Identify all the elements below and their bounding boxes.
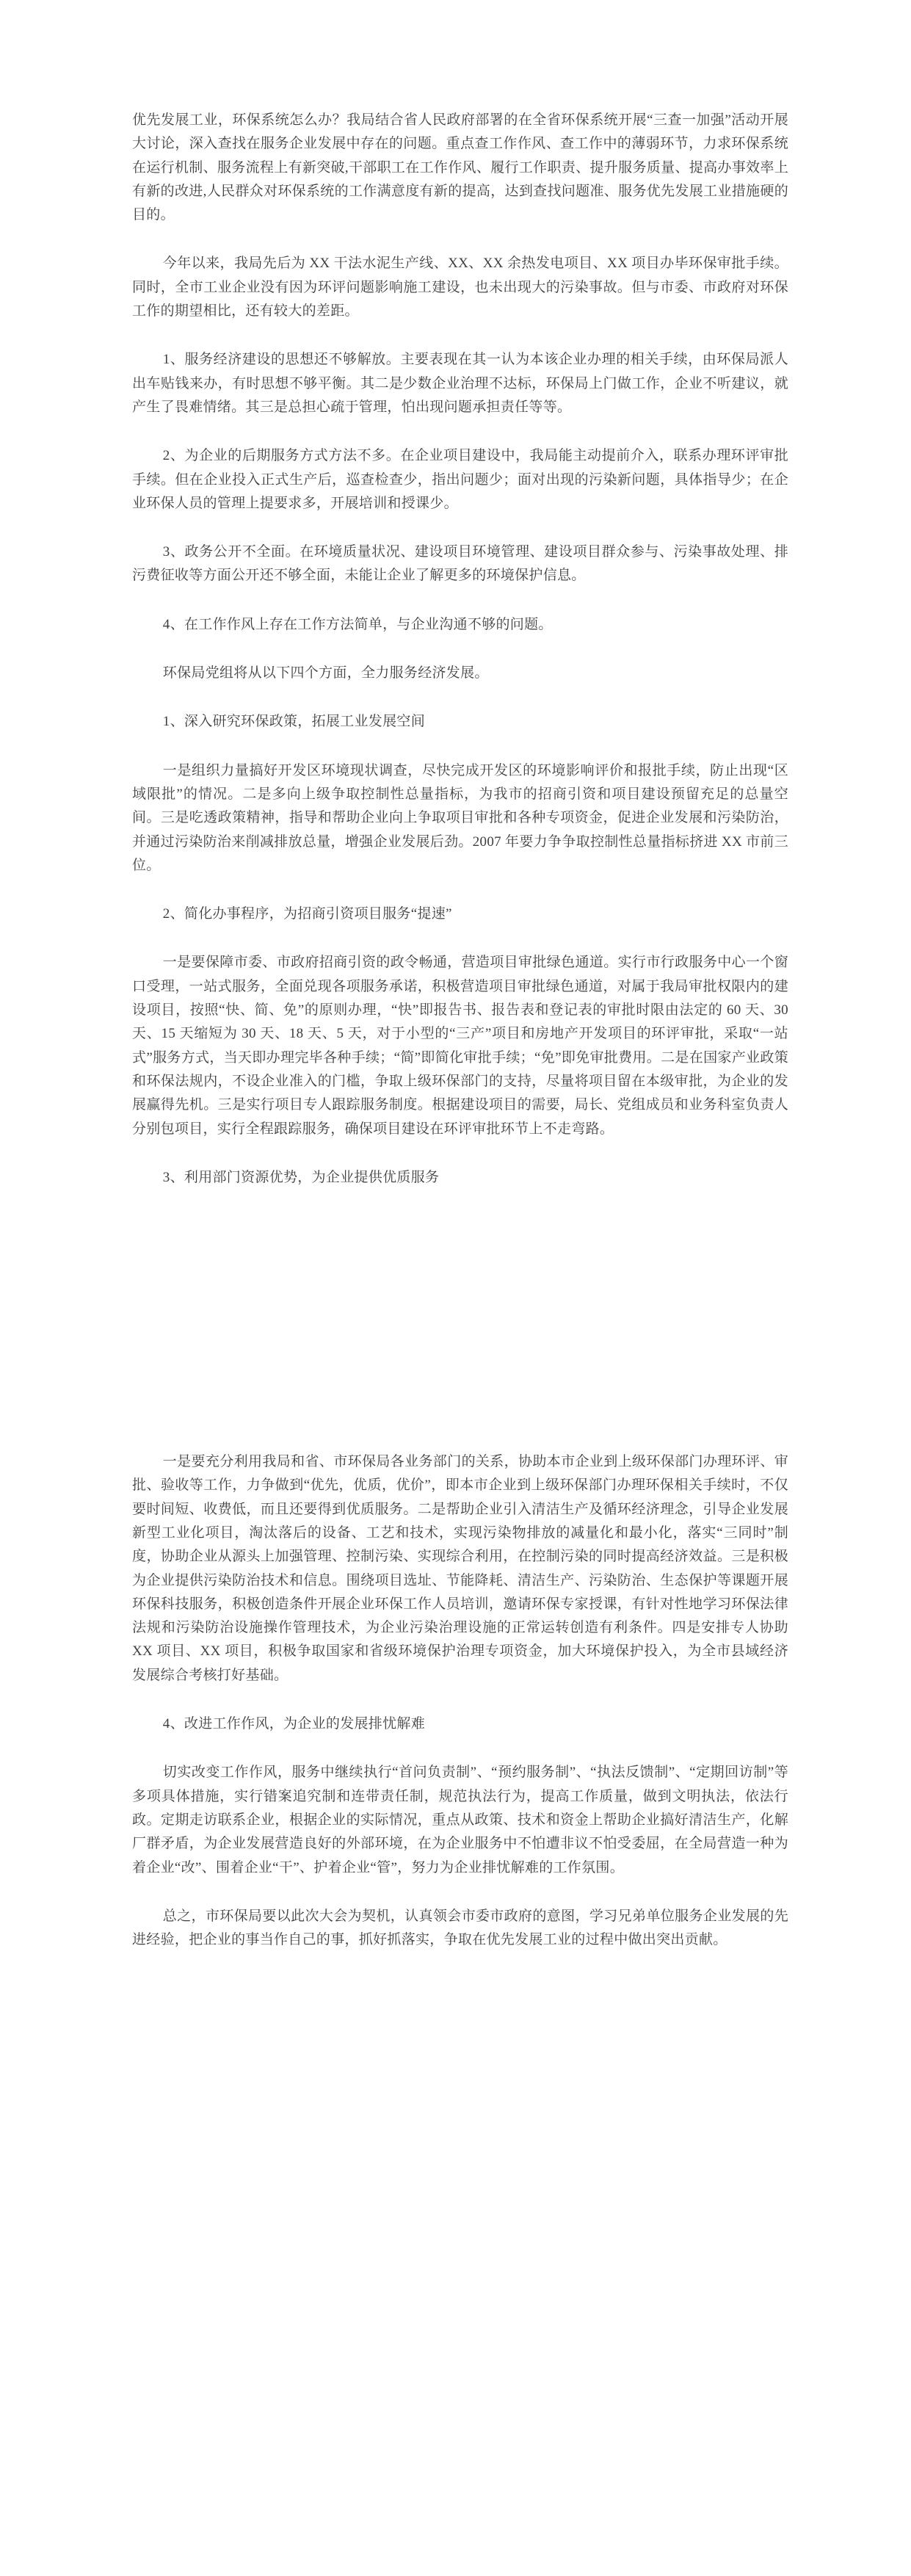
problem-item-4: 4、在工作作风上存在工作方法简单，与企业沟通不够的问题。: [132, 613, 788, 637]
problem-item-1: 1、服务经济建设的思想还不够解放。主要表现在其一认为本该企业办理的相关手续，由环…: [132, 348, 788, 419]
paragraph-conclusion: 总之，市环保局要以此次大会为契机，认真领会市委市政府的意图，学习兄弟单位服务企业…: [132, 1905, 788, 1953]
document-body: 优先发展工业，环保系统怎么办？我局结合省人民政府部署的在全省环保系统开展“三查一…: [132, 0, 788, 1952]
problem-item-2: 2、为企业的后期服务方式方法不多。在企业项目建设中，我局能主动提前介入，联系办理…: [132, 444, 788, 515]
document-page: 优先发展工业，环保系统怎么办？我局结合省人民政府部署的在全省环保系统开展“三查一…: [0, 0, 911, 2576]
measure-detail-3: 一是要充分利用我局和省、市环保局各业务部门的关系，协助本市企业到上级环保部门办理…: [132, 1450, 788, 1687]
measure-detail-2: 一是要保障市委、市政府招商引资的政令畅通，营造项目审批绿色通道。实行市行政服务中…: [132, 951, 788, 1140]
measure-heading-4: 4、改进工作作风，为企业的发展排忧解难: [132, 1712, 788, 1736]
measure-detail-1: 一是组织力量搞好开发区环境现状调查，尽快完成开发区的环境影响评价和报批手续，防止…: [132, 759, 788, 878]
measure-detail-4: 切实改变工作作风，服务中继续执行“首问负责制”、“预约服务制”、“执法反馈制”、…: [132, 1761, 788, 1879]
measure-heading-2: 2、简化办事程序，为招商引资项目服务“提速”: [132, 902, 788, 926]
measure-heading-3: 3、利用部门资源优势，为企业提供优质服务: [132, 1166, 788, 1190]
paragraph-achievements: 今年以来，我局先后为 XX 干法水泥生产线、XX、XX 余热发电项目、XX 项目…: [132, 252, 788, 323]
problem-item-3: 3、政务公开不全面。在环境质量状况、建设项目环境管理、建设项目群众参与、污染事故…: [132, 540, 788, 588]
paragraph-transition: 环保局党组将从以下四个方面，全力服务经济发展。: [132, 662, 788, 685]
measure-heading-1: 1、深入研究环保政策，拓展工业发展空间: [132, 710, 788, 734]
paragraph-intro: 优先发展工业，环保系统怎么办？我局结合省人民政府部署的在全省环保系统开展“三查一…: [132, 109, 788, 227]
